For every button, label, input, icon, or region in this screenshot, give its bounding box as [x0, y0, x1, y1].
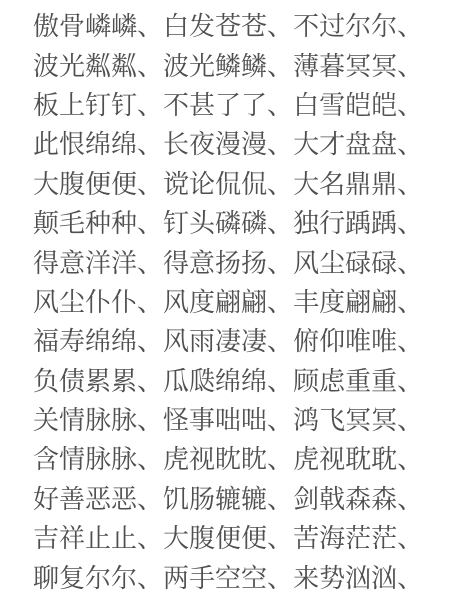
idiom-text: 好善恶恶 — [33, 479, 137, 516]
enumeration-comma: 、 — [397, 518, 423, 555]
idiom-text: 不甚了了 — [163, 85, 267, 122]
enumeration-comma: 、 — [137, 203, 163, 240]
enumeration-comma: 、 — [137, 361, 163, 398]
idiom-row: 吉祥止止、大腹便便、苦海茫茫、 — [33, 517, 450, 556]
idiom-text: 饥肠辘辘 — [163, 479, 267, 516]
idiom-text: 苦海茫茫 — [293, 518, 397, 555]
enumeration-comma: 、 — [267, 124, 293, 161]
idiom-text: 大名鼎鼎 — [293, 164, 397, 201]
enumeration-comma: 、 — [137, 46, 163, 83]
enumeration-comma: 、 — [397, 243, 423, 280]
enumeration-comma: 、 — [397, 85, 423, 122]
idiom-text: 丰度翩翩 — [293, 282, 397, 319]
idiom-row: 傲骨嶙嶙、白发苍苍、不过尔尔、 — [33, 5, 450, 44]
idiom-text: 板上钉钉 — [33, 85, 137, 122]
enumeration-comma: 、 — [397, 46, 423, 83]
enumeration-comma: 、 — [397, 361, 423, 398]
enumeration-comma: 、 — [397, 203, 423, 240]
idiom-row: 风尘仆仆、风度翩翩、丰度翩翩、 — [33, 281, 450, 320]
idiom-text: 来势汹汹 — [293, 558, 397, 595]
idiom-text: 颠毛种种 — [33, 203, 137, 240]
idiom-row: 得意洋洋、得意扬扬、风尘碌碌、 — [33, 241, 450, 280]
enumeration-comma: 、 — [397, 558, 423, 595]
idiom-text: 大腹便便 — [163, 518, 267, 555]
idiom-text: 负债累累 — [33, 361, 137, 398]
enumeration-comma: 、 — [397, 164, 423, 201]
enumeration-comma: 、 — [267, 243, 293, 280]
enumeration-comma: 、 — [137, 321, 163, 358]
idiom-text: 鸿飞冥冥 — [293, 400, 397, 437]
idiom-text: 波光鳞鳞 — [163, 46, 267, 83]
enumeration-comma: 、 — [267, 558, 293, 595]
idiom-text: 聊复尔尔 — [33, 558, 137, 595]
idiom-text: 瓜瓞绵绵 — [163, 361, 267, 398]
enumeration-comma: 、 — [267, 282, 293, 319]
idiom-row: 此恨绵绵、长夜漫漫、大才盘盘、 — [33, 123, 450, 162]
idiom-text: 剑戟森森 — [293, 479, 397, 516]
enumeration-comma: 、 — [397, 124, 423, 161]
enumeration-comma: 、 — [137, 518, 163, 555]
enumeration-comma: 、 — [267, 46, 293, 83]
enumeration-comma: 、 — [267, 400, 293, 437]
enumeration-comma: 、 — [397, 400, 423, 437]
enumeration-comma: 、 — [397, 321, 423, 358]
enumeration-comma: 、 — [137, 282, 163, 319]
idiom-text: 俯仰唯唯 — [293, 321, 397, 358]
idiom-row: 福寿绵绵、风雨凄凄、俯仰唯唯、 — [33, 320, 450, 359]
enumeration-comma: 、 — [137, 85, 163, 122]
idiom-text: 风尘仆仆 — [33, 282, 137, 319]
idiom-text: 不过尔尔 — [293, 6, 397, 43]
enumeration-comma: 、 — [267, 479, 293, 516]
idiom-text: 风度翩翩 — [163, 282, 267, 319]
enumeration-comma: 、 — [267, 203, 293, 240]
idiom-text: 怪事咄咄 — [163, 400, 267, 437]
idiom-row: 含情脉脉、虎视眈眈、虎视耽耽、 — [33, 438, 450, 477]
enumeration-comma: 、 — [267, 6, 293, 43]
idiom-text: 傲骨嶙嶙 — [33, 6, 137, 43]
enumeration-comma: 、 — [397, 439, 423, 476]
idiom-text: 白发苍苍 — [163, 6, 267, 43]
enumeration-comma: 、 — [137, 400, 163, 437]
enumeration-comma: 、 — [137, 479, 163, 516]
idiom-text: 得意洋洋 — [33, 243, 137, 280]
idiom-text: 此恨绵绵 — [33, 124, 137, 161]
idiom-text: 薄暮冥冥 — [293, 46, 397, 83]
enumeration-comma: 、 — [137, 243, 163, 280]
idiom-text: 谠论侃侃 — [163, 164, 267, 201]
idiom-text: 福寿绵绵 — [33, 321, 137, 358]
idiom-text: 波光粼粼 — [33, 46, 137, 83]
idiom-text: 顾虑重重 — [293, 361, 397, 398]
idiom-row: 板上钉钉、不甚了了、白雪皑皑、 — [33, 84, 450, 123]
enumeration-comma: 、 — [267, 164, 293, 201]
idiom-text: 关情脉脉 — [33, 400, 137, 437]
idiom-row: 关情脉脉、怪事咄咄、鸿飞冥冥、 — [33, 399, 450, 438]
enumeration-comma: 、 — [267, 518, 293, 555]
enumeration-comma: 、 — [267, 321, 293, 358]
idiom-text: 大才盘盘 — [293, 124, 397, 161]
idiom-row: 颠毛种种、钉头磷磷、独行踽踽、 — [33, 202, 450, 241]
enumeration-comma: 、 — [397, 282, 423, 319]
enumeration-comma: 、 — [137, 164, 163, 201]
idiom-text: 长夜漫漫 — [163, 124, 267, 161]
enumeration-comma: 、 — [267, 361, 293, 398]
idiom-text: 独行踽踽 — [293, 203, 397, 240]
enumeration-comma: 、 — [267, 85, 293, 122]
idiom-text: 大腹便便 — [33, 164, 137, 201]
idiom-text: 虎视眈眈 — [163, 439, 267, 476]
idiom-text: 风雨凄凄 — [163, 321, 267, 358]
idiom-text: 白雪皑皑 — [293, 85, 397, 122]
idiom-row: 好善恶恶、饥肠辘辘、剑戟森森、 — [33, 478, 450, 517]
enumeration-comma: 、 — [137, 558, 163, 595]
enumeration-comma: 、 — [137, 6, 163, 43]
idiom-list: 傲骨嶙嶙、白发苍苍、不过尔尔、波光粼粼、波光鳞鳞、薄暮冥冥、板上钉钉、不甚了了、… — [33, 5, 450, 596]
enumeration-comma: 、 — [397, 479, 423, 516]
idiom-row: 大腹便便、谠论侃侃、大名鼎鼎、 — [33, 163, 450, 202]
idiom-text: 虎视耽耽 — [293, 439, 397, 476]
idiom-text: 风尘碌碌 — [293, 243, 397, 280]
idiom-page: 傲骨嶙嶙、白发苍苍、不过尔尔、波光粼粼、波光鳞鳞、薄暮冥冥、板上钉钉、不甚了了、… — [0, 0, 450, 600]
idiom-text: 吉祥止止 — [33, 518, 137, 555]
idiom-text: 两手空空 — [163, 558, 267, 595]
enumeration-comma: 、 — [267, 439, 293, 476]
enumeration-comma: 、 — [137, 124, 163, 161]
idiom-row: 波光粼粼、波光鳞鳞、薄暮冥冥、 — [33, 44, 450, 83]
idiom-text: 钉头磷磷 — [163, 203, 267, 240]
enumeration-comma: 、 — [137, 439, 163, 476]
enumeration-comma: 、 — [397, 6, 423, 43]
idiom-row: 聊复尔尔、两手空空、来势汹汹、 — [33, 556, 450, 595]
idiom-text: 含情脉脉 — [33, 439, 137, 476]
idiom-text: 得意扬扬 — [163, 243, 267, 280]
idiom-row: 负债累累、瓜瓞绵绵、顾虑重重、 — [33, 360, 450, 399]
